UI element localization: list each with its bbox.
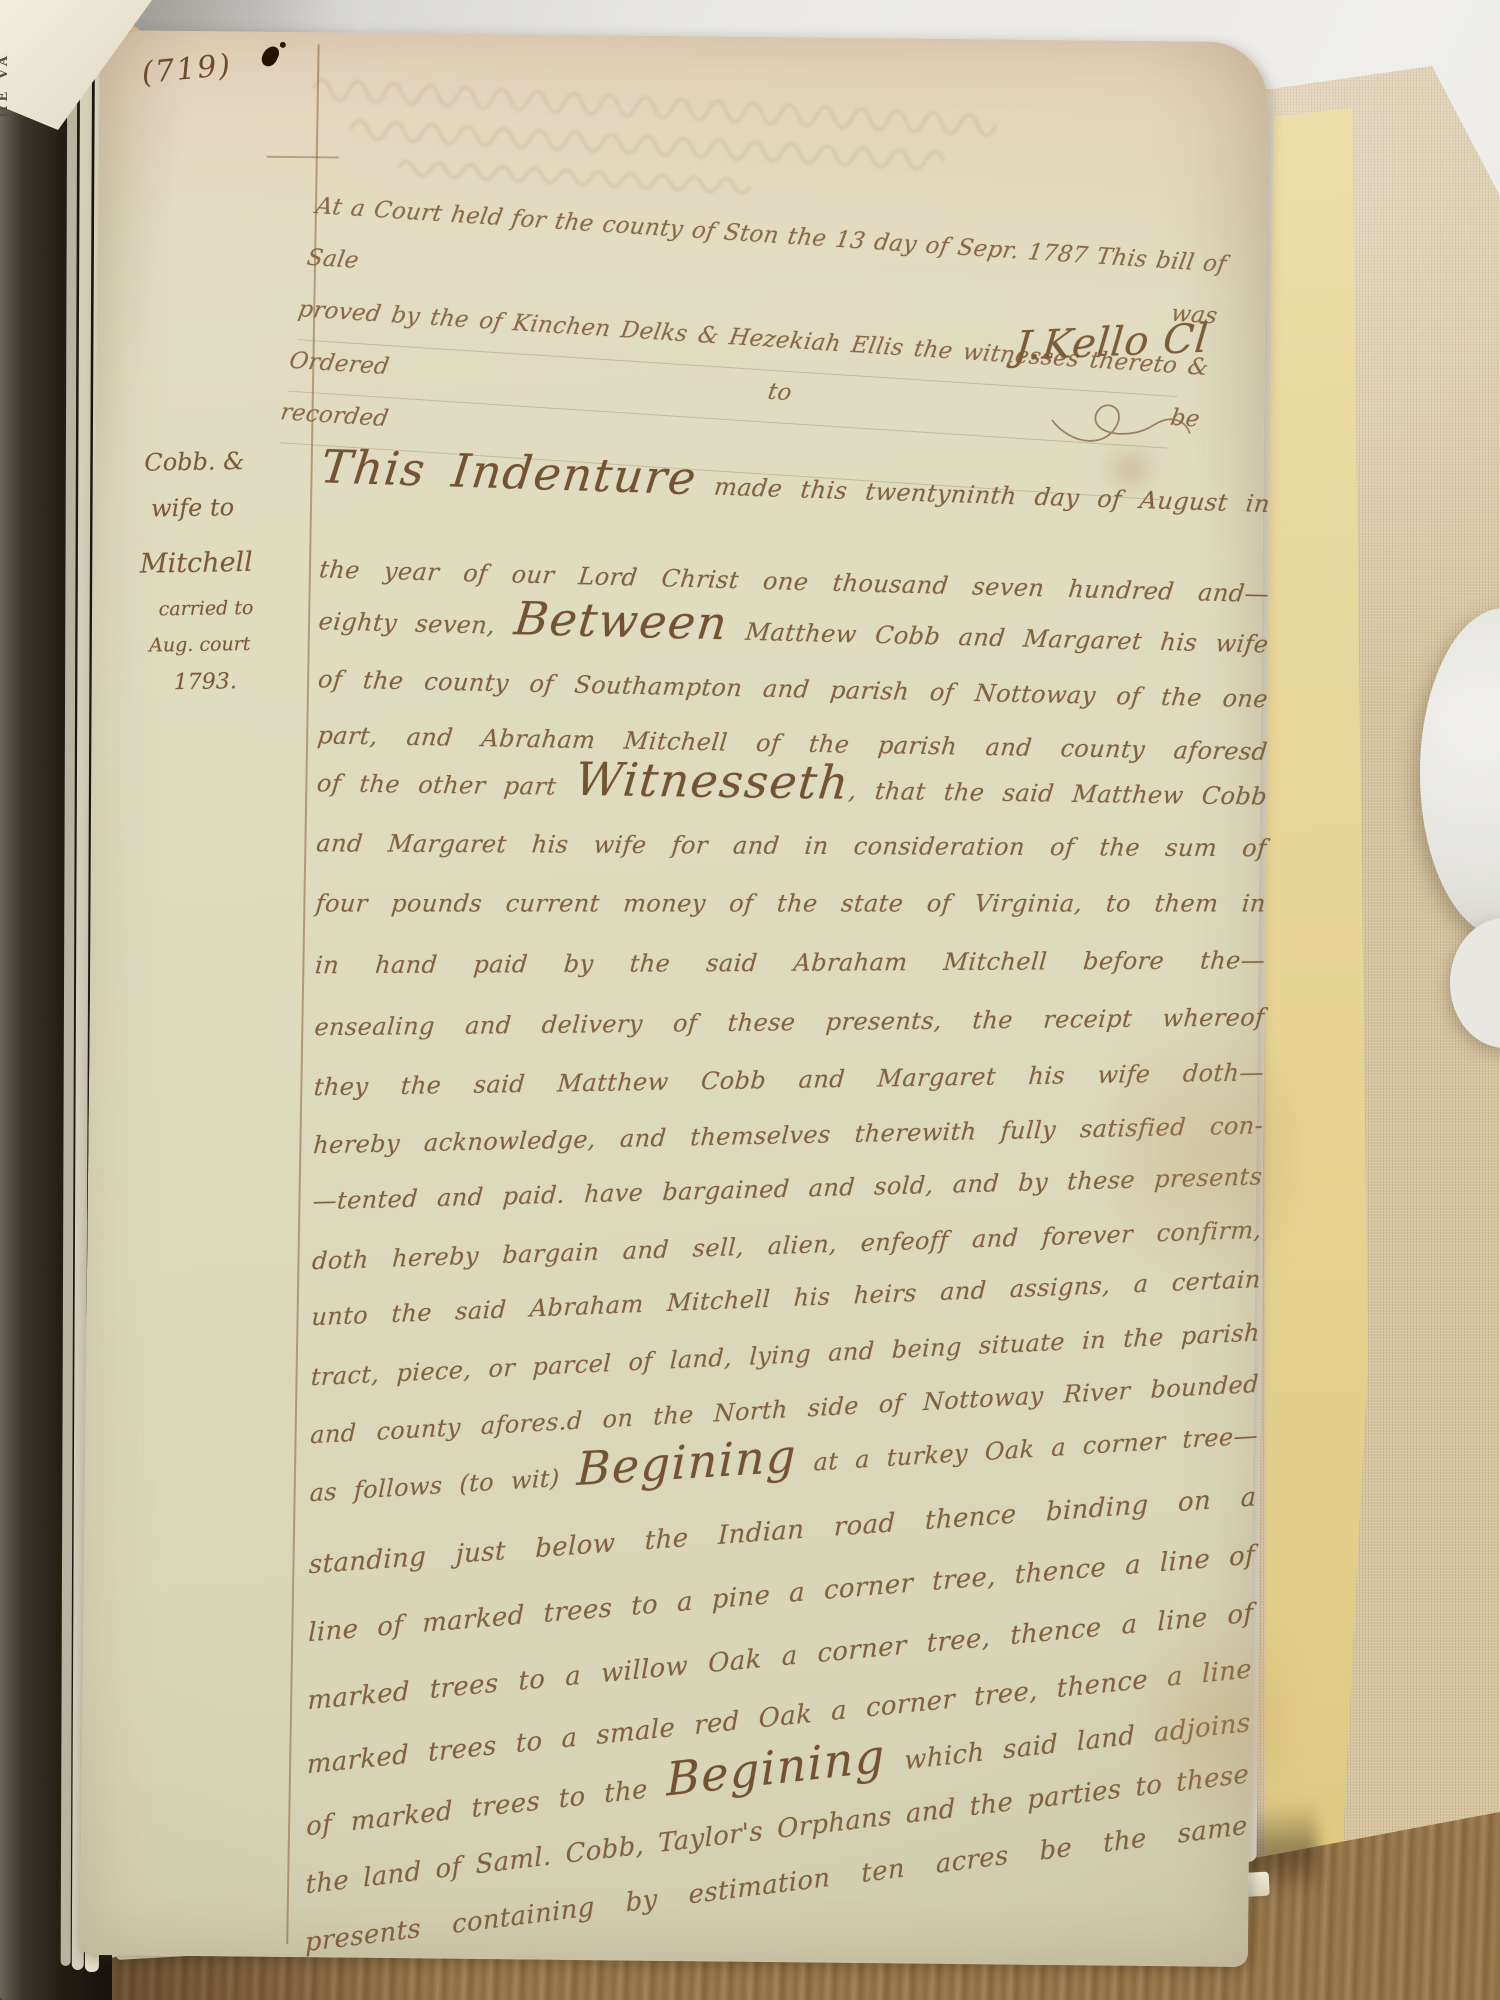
photographed-deed-book-page: (719) At a Court held for the county of … (0, 0, 1500, 2000)
margin-note-line: carried to (158, 597, 253, 620)
ink-blot (259, 44, 281, 69)
signature-flourish (1038, 376, 1199, 458)
manuscript-page: (719) At a Court held for the county of … (80, 30, 1268, 1967)
margin-note-line: Cobb. & (144, 447, 245, 477)
ghost-writing-bleedthrough (293, 50, 1084, 198)
margin-note: Cobb. & wife to Mitchell carried to Aug.… (138, 446, 312, 719)
manuscript-line: the year of our Lord Christ one thousand… (317, 552, 1271, 611)
margin-note-line: Mitchell (140, 547, 253, 580)
spine-label-text: HE VA (0, 52, 11, 118)
ink-stain (1095, 448, 1165, 489)
ink-blot (280, 42, 286, 48)
manuscript-line: of the county of Southampton and parish … (316, 662, 1269, 716)
margin-note-line: wife to (151, 493, 234, 522)
margin-note-line: 1793. (174, 669, 237, 695)
margin-note-line: Aug. court (149, 633, 251, 657)
manuscript-line: and Margaret his wife for and in conside… (315, 826, 1268, 865)
manuscript-line: of the other part Witnesseth, that the s… (315, 766, 1268, 813)
clerk-signature: J.Kello Cl (1013, 316, 1211, 368)
page-number: (719) (140, 49, 233, 91)
manuscript-line: in hand paid by the said Abraham Mitchel… (314, 943, 1267, 982)
manuscript-line: four pounds current money of the state o… (314, 886, 1267, 920)
manuscript-line: ensealing and delivery of these presents… (313, 1000, 1266, 1044)
manuscript-line: eighty seven, Between Matthew Cobb and M… (317, 604, 1271, 661)
